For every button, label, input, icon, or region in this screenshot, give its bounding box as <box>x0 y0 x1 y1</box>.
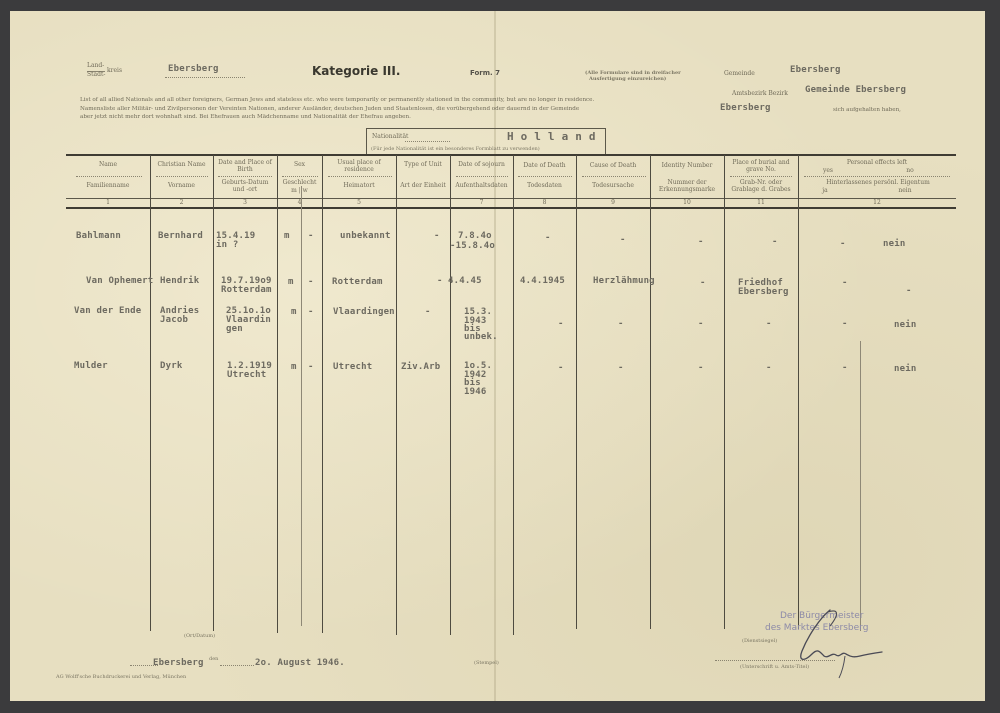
col-divider-8 <box>576 155 577 629</box>
col-header-unit-en: Type of Unit <box>396 162 450 169</box>
row2-sojourn: 4.4.45 <box>448 276 482 286</box>
row1-death-date: - <box>545 233 551 243</box>
row1-effects-yes: - <box>840 239 846 249</box>
col-num-5: 5 <box>322 200 396 207</box>
nationality-value: H o l l a n d <box>507 130 596 143</box>
col-header-sex-de: Geschlecht <box>277 180 322 187</box>
nationality-note: (Für jede Nationalität ist ein besondere… <box>371 146 540 152</box>
nationality-box: Nationalität H o l l a n d (Für jede Nat… <box>366 128 606 155</box>
col-header-birth-de: Geburts-Datum und -ort <box>219 180 271 194</box>
row3-cause: - <box>618 319 624 329</box>
row1-residence: unbekannt <box>340 231 391 241</box>
col-divider-10 <box>724 155 725 629</box>
row1-effects-no: nein <box>883 239 905 249</box>
row1-burial: - <box>772 237 778 247</box>
col-header-effects-de: Hinterlassenes persönl. Eigentum <box>800 180 956 187</box>
form-number: Form. 7 <box>470 69 500 77</box>
row2-effects-yes: - <box>842 278 848 288</box>
row3-sojourn-4: unbek. <box>464 332 498 342</box>
col-num-11: 11 <box>724 200 798 207</box>
col-header-name-en: Name <box>66 162 150 169</box>
col-header-sojourn-en: Date of sojourn <box>450 162 513 169</box>
col-header-cause-en: Cause of Death <box>576 163 650 170</box>
col-header-first-de: Vorname <box>150 183 213 190</box>
hdr-sep-2 <box>156 176 208 177</box>
col-divider-11 <box>798 155 799 629</box>
kreis-label: kreis <box>107 68 122 75</box>
col-header-cause-de: Todesursache <box>576 183 650 190</box>
row2-sex: m <box>288 277 294 287</box>
col-header-sex-sub: m | w <box>277 188 322 195</box>
hdr-sep-3 <box>218 176 272 177</box>
hdr-sep-9 <box>582 176 646 177</box>
col-header-effects-yes-en: yes <box>808 168 848 175</box>
row3-name: Van der Ende <box>74 306 141 316</box>
table-top-rule <box>66 154 956 156</box>
kreis-line <box>165 77 245 78</box>
intro-english: List of all allied Nationals and all oth… <box>80 97 594 103</box>
handwritten-signature-icon <box>790 606 890 681</box>
hdr-sep-11 <box>730 176 792 177</box>
row2-cause: Herzlähmung <box>593 276 655 286</box>
col-header-death-de: Todesdaten <box>513 183 576 190</box>
intro-german-suffix: sich aufgehalten haben, <box>833 107 901 113</box>
row2-death-date: 4.4.1945 <box>520 276 565 286</box>
date-value: 2o. August 1946. <box>255 658 345 668</box>
amtsbezirk-label: Amtsbezirk Bezirk <box>732 91 788 98</box>
col-divider-4 <box>322 155 323 633</box>
col-num-3: 3 <box>213 200 277 207</box>
col-header-sex-en: Sex <box>277 162 322 169</box>
col-header-effects-no-de: nein <box>890 188 920 195</box>
col-num-9: 9 <box>576 200 650 207</box>
hdr-sep-1 <box>76 176 142 177</box>
row2-sex-w: - <box>308 277 314 287</box>
col-divider-2 <box>213 155 214 631</box>
col-header-name-de: Familienname <box>66 183 150 190</box>
col-header-death-en: Date of Death <box>513 163 576 170</box>
row3-residence: Vlaardingen <box>333 307 395 317</box>
row4-birth-place: Utrecht <box>227 370 266 380</box>
row2-burial-2: Ebersberg <box>738 287 789 297</box>
col-divider-3 <box>277 155 278 633</box>
printer-credit: AG Wolff'sche Buchdruckerei und Verlag, … <box>56 674 186 680</box>
kreis-value: Ebersberg <box>168 64 219 74</box>
nationality-label: Nationalität <box>372 134 408 141</box>
intro-german-1: Namensliste aller Militär- und Zivilpers… <box>80 106 579 112</box>
row1-sojourn-to: -15.8.4o <box>450 241 495 251</box>
row4-unit: Ziv.Arb <box>401 362 440 372</box>
stamp-label: (Stempel) <box>474 660 499 666</box>
row4-ident: - <box>698 363 704 373</box>
col-divider-12-sub <box>860 341 861 631</box>
row4-residence: Utrecht <box>333 362 372 372</box>
hdr-sep-4 <box>282 176 318 177</box>
header-num-rule <box>66 198 956 199</box>
row4-cause: - <box>618 363 624 373</box>
col-header-ident-en: Identity Number <box>650 163 724 170</box>
col-header-birth-en: Date and Place of Birth <box>217 160 273 174</box>
row3-burial: - <box>766 319 772 329</box>
row4-burial: - <box>766 363 772 373</box>
col-divider-6 <box>450 155 451 635</box>
hdr-sep-8 <box>518 176 572 177</box>
col-divider-1 <box>150 155 151 631</box>
stadt-label: Stadt- <box>87 72 105 79</box>
col-num-2: 2 <box>150 200 213 207</box>
row2-birth-place: Rotterdam <box>221 285 272 295</box>
col-num-4: 4 <box>277 200 322 207</box>
hdr-sep-12 <box>804 176 950 177</box>
hdr-sep-5 <box>328 176 392 177</box>
row3-ident: - <box>698 319 704 329</box>
row3-unit: - <box>425 307 431 317</box>
row4-sex: m <box>291 362 297 372</box>
row1-sex-w: - <box>308 231 314 241</box>
col-num-8: 8 <box>513 200 576 207</box>
form-note-2: Ausfertigung einzureichen) <box>589 76 666 82</box>
row4-name: Mulder <box>74 361 108 371</box>
col-header-first-en: Christian Name <box>150 162 213 169</box>
row1-sojourn-from: 7.8.4o <box>458 231 492 241</box>
row4-first: Dyrk <box>160 361 182 371</box>
col-num-7: 7 <box>450 200 513 207</box>
col-header-ident-de: Nummer der Erkennungsmarke <box>655 180 719 194</box>
row3-effects-yes: - <box>842 319 848 329</box>
page-title: Kategorie III. <box>312 64 400 78</box>
row3-sex: m <box>291 307 297 317</box>
gemeinde-label: Gemeinde <box>724 71 755 78</box>
col-header-burial-de: Grab-Nr. oder Grablage d. Grabes <box>728 180 794 194</box>
nationality-line <box>405 141 450 142</box>
col-header-residence-en: Usual place of residence <box>326 160 392 174</box>
col-header-effects-yes-de: ja <box>810 188 840 195</box>
row4-sex-w: - <box>308 362 314 372</box>
page-fold <box>494 11 496 701</box>
col-header-effects-no-en: no <box>890 168 930 175</box>
row4-sojourn-4: 1946 <box>464 387 486 397</box>
row2-first: Hendrik <box>160 276 199 286</box>
hdr-sep-7 <box>456 176 508 177</box>
place-value: Ebersberg <box>153 658 204 668</box>
col-num-10: 10 <box>650 200 724 207</box>
intro-german-2: aber jetzt nicht mehr dort wohnhaft sind… <box>80 114 411 120</box>
row3-effects-no: nein <box>894 320 916 330</box>
row3-first-2: Jacob <box>160 315 188 325</box>
col-num-1: 1 <box>66 200 150 207</box>
row2-ident: - <box>700 278 706 288</box>
row1-name: Bahlmann <box>76 231 121 241</box>
row2-effects-no: - <box>906 286 912 296</box>
intro-gemeinde-value: Ebersberg <box>720 103 771 113</box>
row4-effects-yes: - <box>842 363 848 373</box>
row3-sex-w: - <box>308 307 314 317</box>
col-num-12: 12 <box>798 200 956 207</box>
col-divider-9 <box>650 155 651 629</box>
den-label: den <box>209 656 218 662</box>
row1-sex: m <box>284 231 290 241</box>
gemeinde-value: Ebersberg <box>790 65 841 75</box>
amtsbezirk-value: Gemeinde Ebersberg <box>805 85 906 95</box>
document-page: Land- Stadt- kreis Ebersberg Kategorie I… <box>10 11 985 701</box>
row4-effects-no: nein <box>894 364 916 374</box>
col-divider-7 <box>513 155 514 635</box>
land-label: Land- <box>87 63 104 70</box>
col-header-unit-de: Art der Einheit <box>396 183 450 190</box>
col-divider-sex-mid <box>301 186 302 626</box>
row2-unit: - <box>437 276 443 286</box>
date-line <box>220 665 254 666</box>
row2-residence: Rotterdam <box>332 277 383 287</box>
row1-cause: - <box>620 235 626 245</box>
row1-first: Bernhard <box>158 231 203 241</box>
row2-name: Van Ophemert <box>86 276 153 286</box>
table-header-bottom-rule <box>66 207 956 209</box>
col-header-effects-en: Personal effects left <box>798 160 956 167</box>
row3-birth-place-2: gen <box>226 324 243 334</box>
col-header-sojourn-de: Aufenthaltsdaten <box>450 183 513 190</box>
place-date-label: (Ort/Datum) <box>184 633 215 639</box>
row3-death-date: - <box>558 319 564 329</box>
col-header-residence-de: Heimatort <box>322 183 396 190</box>
row1-ident: - <box>698 237 704 247</box>
row1-unit: - <box>434 231 440 241</box>
row1-birth-place: in ? <box>216 240 238 250</box>
col-header-burial-en: Place of burial and grave No. <box>728 160 794 174</box>
dienstsiegel-label: (Dienstsiegel) <box>742 638 777 644</box>
row4-death-date: - <box>558 363 564 373</box>
col-divider-5 <box>396 155 397 635</box>
